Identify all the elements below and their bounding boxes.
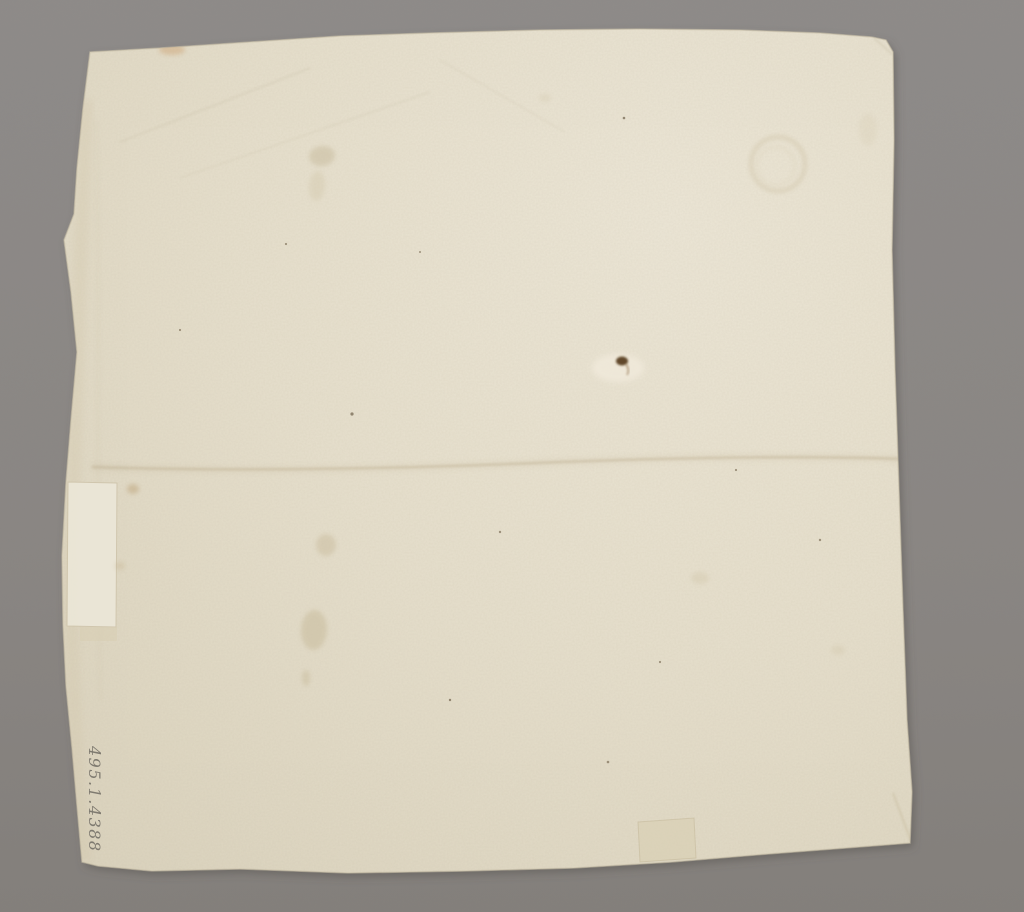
- flyspeck: [659, 661, 661, 663]
- flyspeck: [735, 469, 737, 471]
- stain-mark: [859, 114, 877, 146]
- flyspeck: [179, 329, 181, 331]
- stain-mark: [539, 94, 551, 102]
- flyspeck: [819, 539, 821, 541]
- stain-mark: [691, 572, 709, 584]
- flyspeck: [623, 117, 626, 120]
- flyspeck: [285, 243, 287, 245]
- stain-mark: [831, 645, 845, 655]
- tape-remnant: [638, 818, 696, 862]
- flyspeck: [419, 251, 421, 253]
- inscription-accession-number: 495.1.4388: [85, 745, 104, 853]
- flyspeck: [350, 412, 353, 415]
- stain-mark: [127, 484, 139, 494]
- photo-stage: 495.1.4388: [0, 0, 1024, 912]
- stain-mark: [302, 670, 310, 686]
- stain-mark: [115, 562, 125, 570]
- stain-mark: [316, 534, 336, 556]
- flyspeck: [607, 761, 610, 764]
- hinge-remnant: [67, 482, 117, 627]
- paper-surface-details: 495.1.4388: [0, 0, 1024, 912]
- hinge-remnant-extension: [80, 627, 117, 641]
- photo-canvas: 495.1.4388: [0, 0, 1024, 912]
- flyspeck: [449, 699, 451, 701]
- flyspeck: [499, 531, 501, 533]
